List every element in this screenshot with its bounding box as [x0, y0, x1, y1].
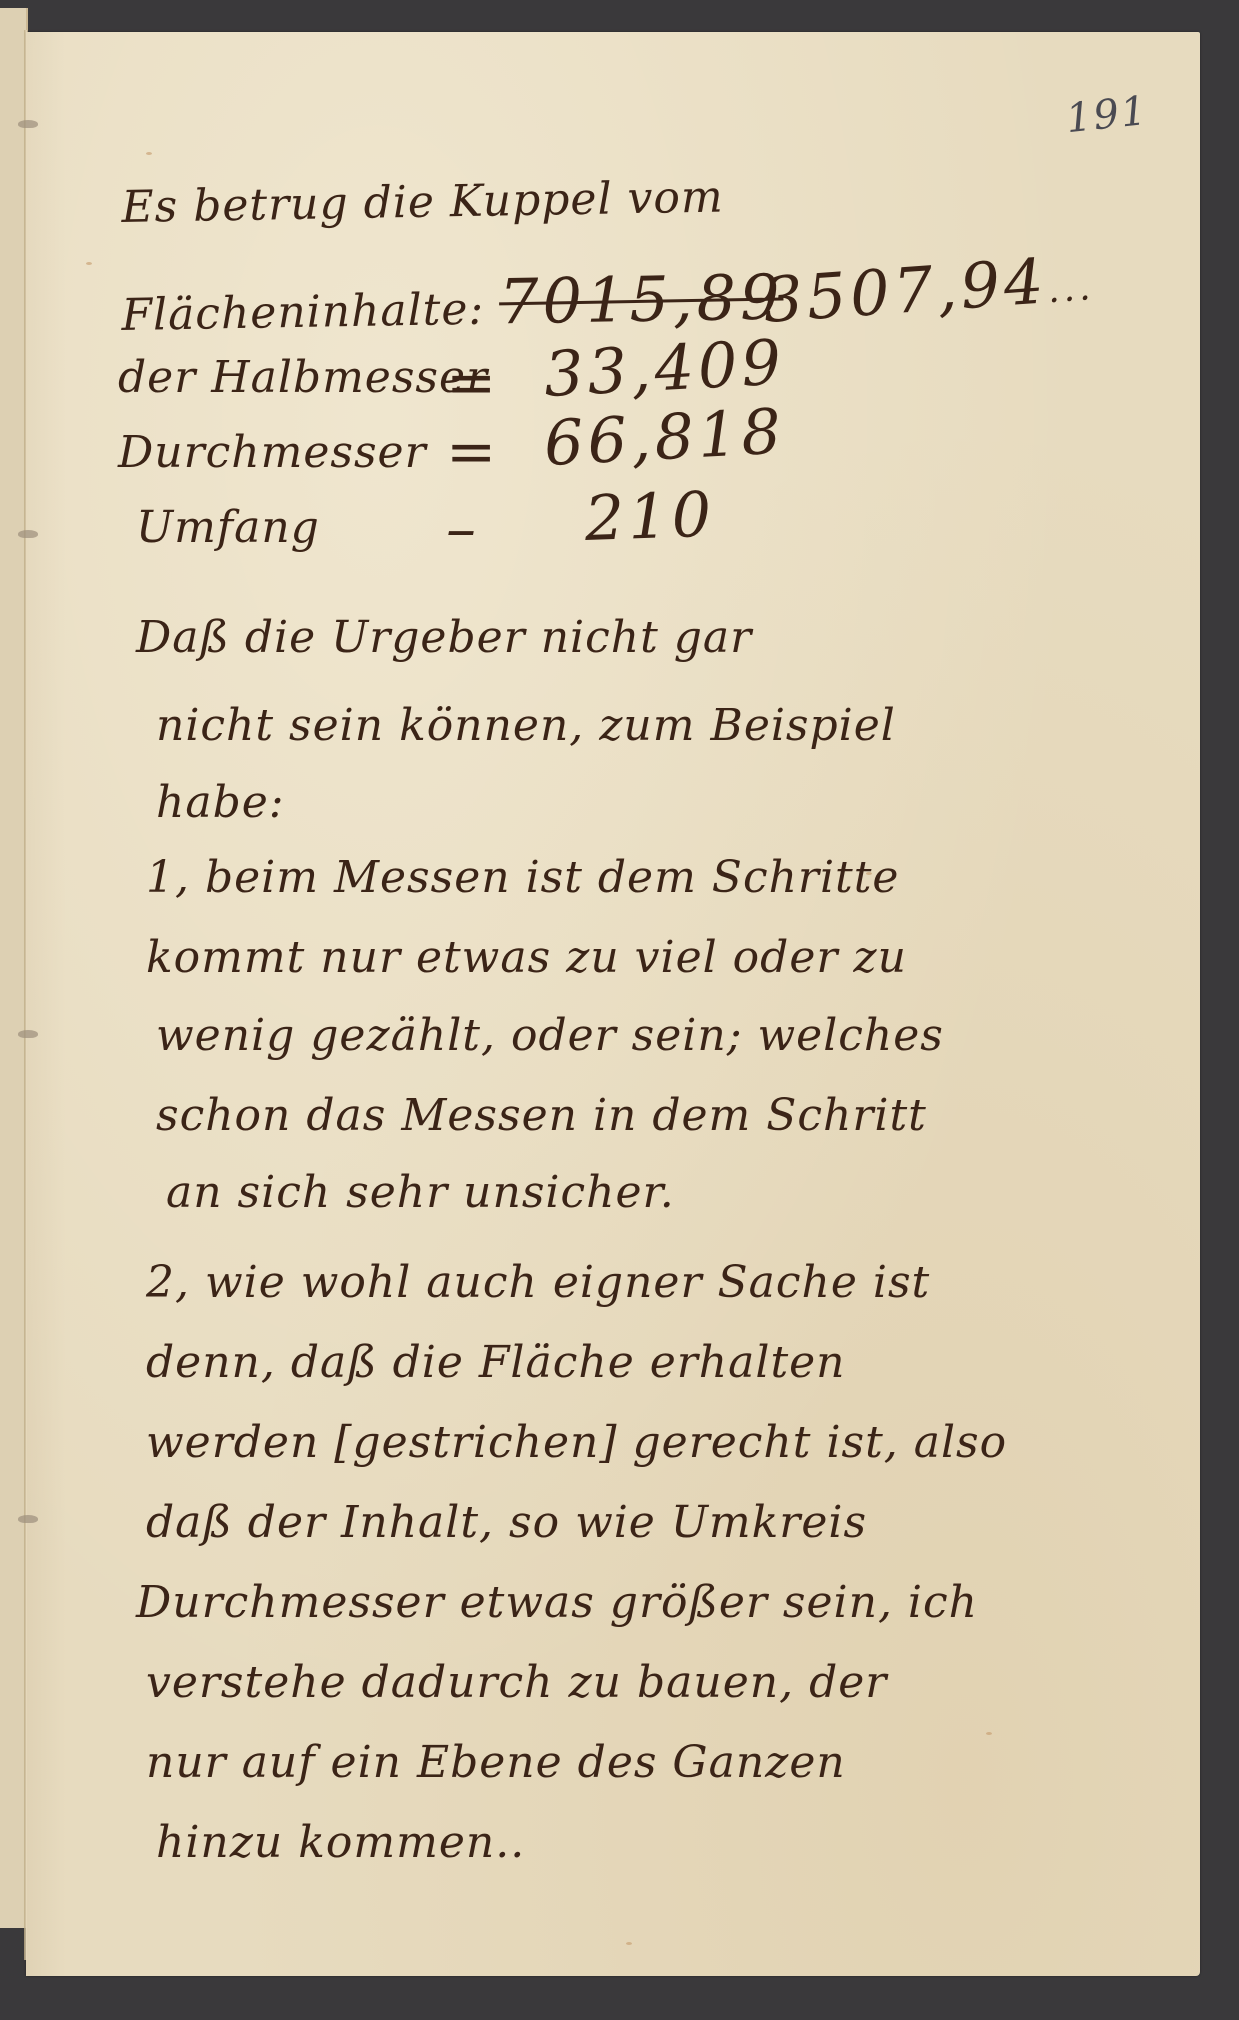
area-value: 3507,94... — [761, 241, 1096, 337]
manuscript-page: 191 Es betrug die Kuppel vom Flächeninha… — [26, 32, 1200, 1976]
text-line-13: an sich sehr unsicher. — [166, 1167, 675, 1218]
scan-background: 191 Es betrug die Kuppel vom Flächeninha… — [0, 0, 1239, 2020]
text-line-10: kommt nur etwas zu viel oder zu — [146, 932, 907, 983]
circumference-value: 210 — [583, 477, 716, 555]
paper-speck — [146, 152, 152, 155]
equals-sign: = — [446, 348, 496, 418]
binding-stitch — [18, 120, 38, 128]
area-value-number: 3507,94 — [761, 244, 1050, 337]
measure-label-radius: der Halbmesser — [118, 352, 488, 403]
paper-speck — [86, 262, 92, 265]
folio-number: 191 — [1063, 88, 1150, 142]
text-line-18: Durchmesser etwas größer sein, ich — [136, 1577, 978, 1628]
text-line-1: Es betrug die Kuppel vom — [121, 171, 724, 233]
measure-label-area: Flächeninhalte — [121, 284, 469, 341]
area-value-ellipsis: ... — [1046, 267, 1095, 311]
binding-stitch — [18, 1515, 38, 1523]
text-line-16: werden [gestrichen] gerecht ist, also — [146, 1417, 1007, 1468]
text-line-15: denn, daß die Fläche erhalten — [146, 1337, 846, 1388]
binding-stitch — [18, 1030, 38, 1038]
text-line-11: wenig gezählt, oder sein; welches — [156, 1010, 944, 1061]
text-line-19: verstehe dadurch zu bauen, der — [146, 1657, 887, 1708]
binding-stitch — [18, 530, 38, 538]
equals-sign: = — [446, 417, 496, 487]
diameter-value: 66,818 — [542, 394, 786, 480]
text-line-7: nicht sein können, zum Beispiel — [156, 700, 896, 751]
text-line-8: habe: — [156, 777, 285, 828]
paper-speck — [986, 1732, 992, 1735]
text-line-9: 1, beim Messen ist dem Schritte — [146, 852, 899, 903]
paper-speck — [626, 1942, 632, 1945]
text-line-14: 2, wie wohl auch eigner Sache ist — [146, 1257, 930, 1308]
text-line-12: schon das Messen in dem Schritt — [156, 1090, 927, 1141]
text-line-20: nur auf ein Ebene des Ganzen — [146, 1737, 846, 1788]
binding-fold — [24, 30, 27, 1960]
measure-label-circumference: Umfang — [136, 502, 320, 553]
text-line-6: Daß die Urgeber nicht gar — [136, 612, 752, 663]
measure-label-diameter: Durchmesser — [118, 427, 427, 478]
text-line-21: hinzu kommen.. — [156, 1817, 525, 1868]
equals-sign: – — [446, 494, 476, 564]
text-line-17: daß der Inhalt, so wie Umkreis — [146, 1497, 867, 1548]
